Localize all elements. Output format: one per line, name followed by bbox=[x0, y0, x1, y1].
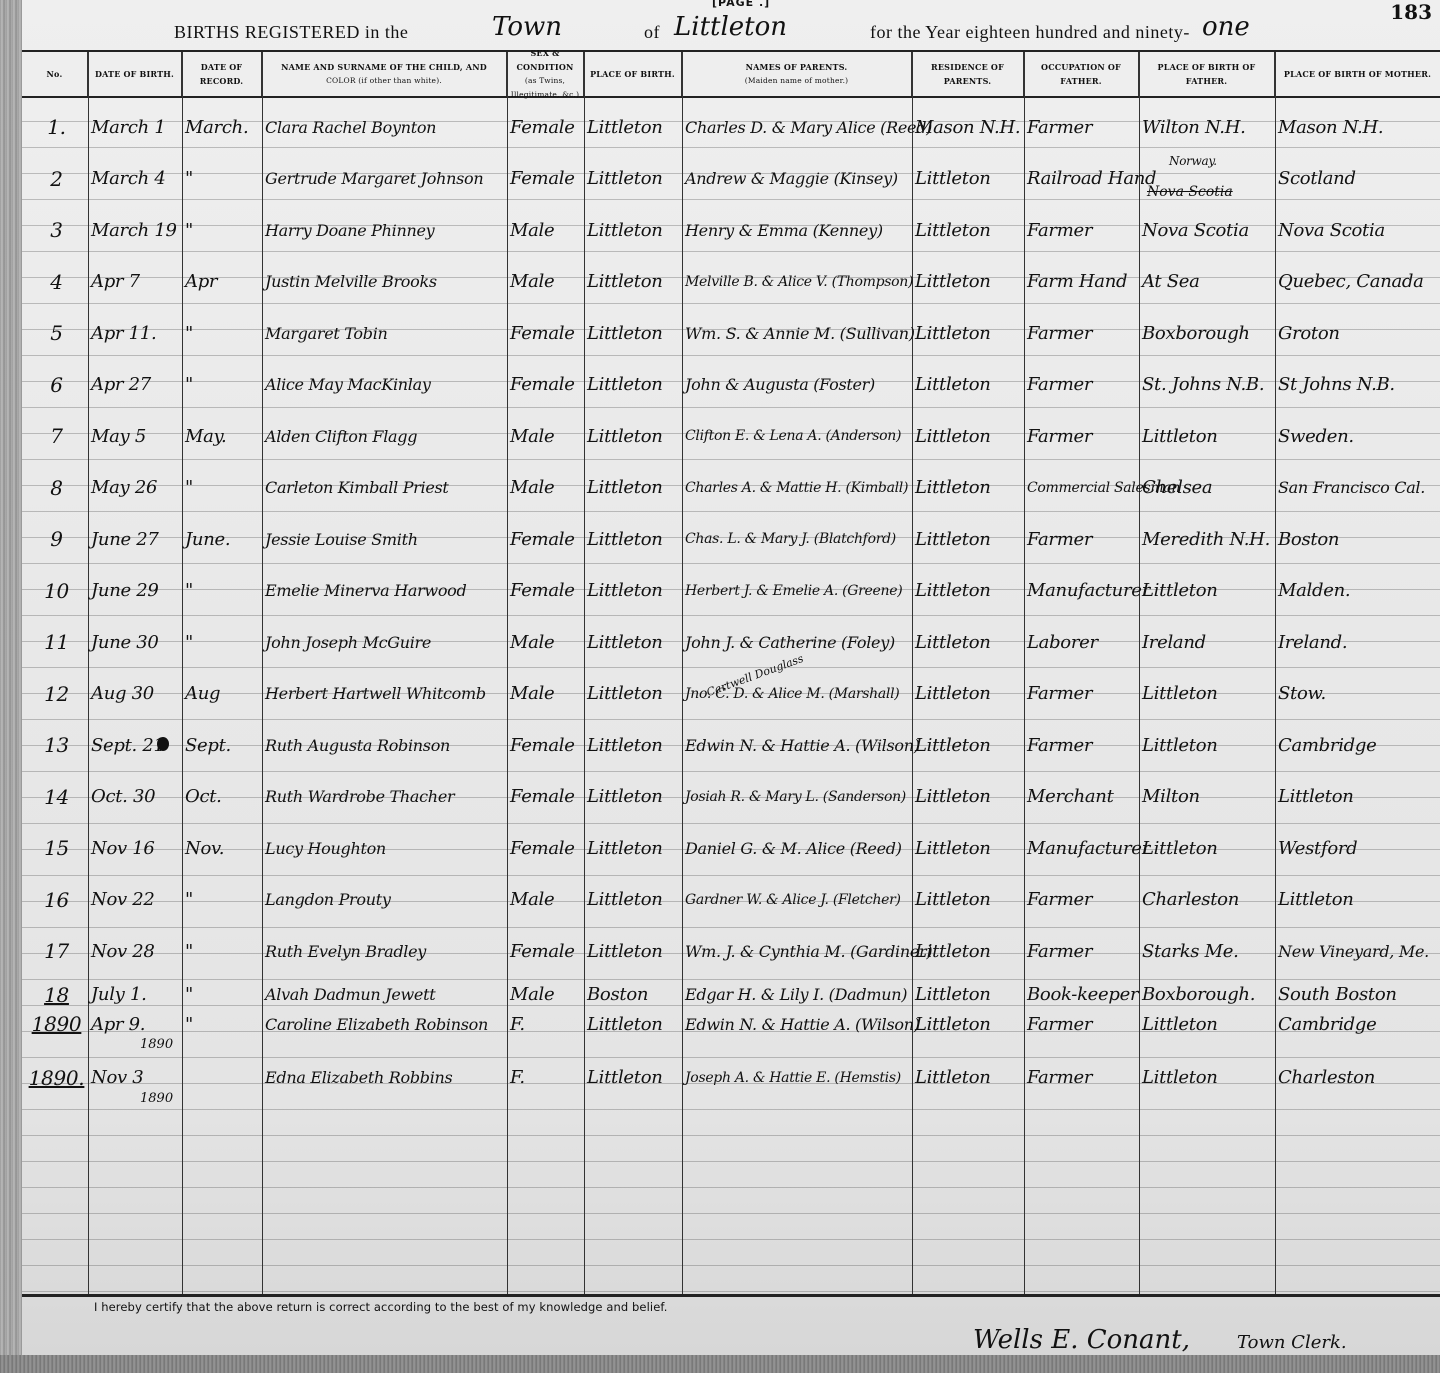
father-occupation: Farmer bbox=[1024, 999, 1139, 1049]
father-occupation: Laborer bbox=[1024, 617, 1139, 667]
date-of-record: " bbox=[182, 360, 262, 410]
child-name: Jessie Louise Smith bbox=[262, 514, 507, 564]
place-of-birth: Littleton bbox=[584, 205, 682, 255]
place-of-birth: Littleton bbox=[584, 463, 682, 513]
table-row: 14Oct. 30Oct.Ruth Wardrobe ThacherFemale… bbox=[22, 772, 1440, 822]
table-row: 6Apr 27"Alice May MacKinlayFemaleLittlet… bbox=[22, 360, 1440, 410]
place-of-birth: Littleton bbox=[584, 772, 682, 822]
parents-names: Daniel G. & M. Alice (Reed) bbox=[682, 823, 912, 873]
title-year-prefix: for the Year eighteen hundred and ninety… bbox=[870, 22, 1190, 43]
sex: Female bbox=[507, 823, 584, 873]
page-binding-edge bbox=[0, 0, 22, 1373]
father-occupation: Farmer bbox=[1024, 720, 1139, 770]
column-header-label: NAME AND SURNAME OF THE CHILD, AND bbox=[281, 60, 487, 74]
column-header-no: No. bbox=[22, 52, 88, 96]
place-of-birth: Littleton bbox=[584, 360, 682, 410]
column-header-date-of-birth: DATE OF BIRTH. bbox=[88, 52, 182, 96]
father-birthplace: Milton bbox=[1139, 772, 1275, 822]
parents-names: Melville B. & Alice V. (Thompson) bbox=[682, 257, 912, 307]
column-header-label: No. bbox=[47, 67, 63, 81]
date-of-record: March. bbox=[182, 102, 262, 152]
child-name: Harry Doane Phinney bbox=[262, 205, 507, 255]
date-of-birth: March 1 bbox=[88, 102, 182, 152]
clerk-title: Town Clerk. bbox=[1237, 1332, 1347, 1353]
sex: Male bbox=[507, 617, 584, 667]
child-name: Ruth Augusta Robinson bbox=[262, 720, 507, 770]
child-name: Carleton Kimball Priest bbox=[262, 463, 507, 513]
parents-residence: Littleton bbox=[912, 463, 1024, 513]
date-of-record: " bbox=[182, 154, 262, 204]
date-of-birth: May 5 bbox=[88, 411, 182, 461]
table-row: 1890Apr 9."Caroline Elizabeth RobinsonF.… bbox=[22, 999, 1440, 1049]
father-birthplace: Littleton bbox=[1139, 411, 1275, 461]
place-of-birth: Littleton bbox=[584, 823, 682, 873]
title-year-suffix: one bbox=[1202, 12, 1250, 42]
date-of-birth: June 27 bbox=[88, 514, 182, 564]
register-title: BIRTHS REGISTERED in the Town of Littlet… bbox=[22, 18, 1440, 48]
parents-residence: Littleton bbox=[912, 823, 1024, 873]
father-occupation: Farmer bbox=[1024, 102, 1139, 152]
sex: Female bbox=[507, 102, 584, 152]
table-row: 13Sept. 21Sept.Ruth Augusta RobinsonFema… bbox=[22, 720, 1440, 770]
date-of-record: Aug bbox=[182, 669, 262, 719]
father-birthplace: Littleton bbox=[1139, 566, 1275, 616]
entry-number: 2 bbox=[22, 154, 88, 204]
date-of-birth: Apr 11. bbox=[88, 308, 182, 358]
father-birthplace: Charleston bbox=[1139, 875, 1275, 925]
table-row: 4Apr 7AprJustin Melville BrooksMaleLittl… bbox=[22, 257, 1440, 307]
parents-residence: Littleton bbox=[912, 308, 1024, 358]
entry-number: 4 bbox=[22, 257, 88, 307]
mother-birthplace: Nova Scotia bbox=[1275, 205, 1440, 255]
entry-number: 15 bbox=[22, 823, 88, 873]
sex: Female bbox=[507, 514, 584, 564]
place-of-birth: Littleton bbox=[584, 720, 682, 770]
child-name: Margaret Tobin bbox=[262, 308, 507, 358]
sex: Male bbox=[507, 463, 584, 513]
mother-birthplace: Cambridge bbox=[1275, 720, 1440, 770]
table-row: 15Nov 16Nov.Lucy HoughtonFemaleLittleton… bbox=[22, 823, 1440, 873]
place-of-birth: Littleton bbox=[584, 514, 682, 564]
sex: Male bbox=[507, 411, 584, 461]
table-row: 1.March 1March.Clara Rachel BoyntonFemal… bbox=[22, 102, 1440, 152]
father-occupation: Manufacturer bbox=[1024, 823, 1139, 873]
father-birthplace: Wilton N.H. bbox=[1139, 102, 1275, 152]
column-header-child-name: NAME AND SURNAME OF THE CHILD, ANDCOLOR … bbox=[262, 52, 507, 96]
parents-residence: Littleton bbox=[912, 566, 1024, 616]
entry-number: 16 bbox=[22, 875, 88, 925]
parents-residence: Littleton bbox=[912, 875, 1024, 925]
father-birthplace: Littleton bbox=[1139, 1053, 1275, 1103]
sex: Female bbox=[507, 308, 584, 358]
mother-birthplace: Quebec, Canada bbox=[1275, 257, 1440, 307]
date-of-birth: March 19 bbox=[88, 205, 182, 255]
mother-birthplace: Sweden. bbox=[1275, 411, 1440, 461]
sex: Female bbox=[507, 720, 584, 770]
father-occupation: Farmer bbox=[1024, 514, 1139, 564]
sex: F. bbox=[507, 1053, 584, 1103]
sex: Male bbox=[507, 875, 584, 925]
child-name: Alden Clifton Flagg bbox=[262, 411, 507, 461]
mother-birthplace: Charleston bbox=[1275, 1053, 1440, 1103]
mother-birthplace: Ireland. bbox=[1275, 617, 1440, 667]
place-of-birth: Littleton bbox=[584, 308, 682, 358]
place-of-birth: Littleton bbox=[584, 999, 682, 1049]
place-of-birth: Littleton bbox=[584, 566, 682, 616]
entry-number: 1. bbox=[22, 102, 88, 152]
father-occupation: Farmer bbox=[1024, 308, 1139, 358]
child-name: Gertrude Margaret Johnson bbox=[262, 154, 507, 204]
mother-birthplace: Malden. bbox=[1275, 566, 1440, 616]
parents-names: Henry & Emma (Kenney) bbox=[682, 205, 912, 255]
parents-residence: Littleton bbox=[912, 205, 1024, 255]
entry-number: 1890 bbox=[22, 999, 88, 1049]
parents-residence: Littleton bbox=[912, 514, 1024, 564]
column-header-residence: RESIDENCE OF PARENTS. bbox=[912, 52, 1024, 96]
column-header-label: OCCUPATION OF FATHER. bbox=[1026, 60, 1136, 88]
child-name: John Joseph McGuire bbox=[262, 617, 507, 667]
entry-number: 8 bbox=[22, 463, 88, 513]
entry-number: 10 bbox=[22, 566, 88, 616]
column-header-parents: NAMES OF PARENTS.(Maiden name of mother.… bbox=[682, 52, 912, 96]
entry-number: 14 bbox=[22, 772, 88, 822]
parents-names: Charles D. & Mary Alice (Reed) bbox=[682, 102, 912, 152]
column-header-label: SEX & CONDITION bbox=[509, 46, 581, 74]
entry-number: 3 bbox=[22, 205, 88, 255]
bottom-rule bbox=[22, 1294, 1440, 1297]
sex: Male bbox=[507, 257, 584, 307]
column-header-mother-birthplace: PLACE OF BIRTH OF MOTHER. bbox=[1275, 52, 1440, 96]
table-row: 11June 30"John Joseph McGuireMaleLittlet… bbox=[22, 617, 1440, 667]
child-name: Clara Rachel Boynton bbox=[262, 102, 507, 152]
mother-birthplace: St Johns N.B. bbox=[1275, 360, 1440, 410]
municipality-type: Town bbox=[492, 12, 562, 42]
date-of-birth: Oct. 30 bbox=[88, 772, 182, 822]
table-row: 5Apr 11."Margaret TobinFemaleLittletonWm… bbox=[22, 308, 1440, 358]
child-name: Emelie Minerva Harwood bbox=[262, 566, 507, 616]
date-of-record: June. bbox=[182, 514, 262, 564]
column-header-place-of-birth: PLACE OF BIRTH. bbox=[584, 52, 682, 96]
parents-residence: Littleton bbox=[912, 772, 1024, 822]
date-of-birth: Aug 30 bbox=[88, 669, 182, 719]
child-name: Lucy Houghton bbox=[262, 823, 507, 873]
mother-birthplace: Groton bbox=[1275, 308, 1440, 358]
place-of-birth: Littleton bbox=[584, 617, 682, 667]
parents-names: Edwin N. & Hattie A. (Wilson) bbox=[682, 999, 912, 1049]
entry-number: 7 bbox=[22, 411, 88, 461]
date-of-record: " bbox=[182, 875, 262, 925]
father-occupation: Farmer bbox=[1024, 205, 1139, 255]
father-birthplace: Littleton bbox=[1139, 823, 1275, 873]
father-occupation: Merchant bbox=[1024, 772, 1139, 822]
column-header-label: PLACE OF BIRTH OF FATHER. bbox=[1141, 60, 1272, 88]
father-occupation: Farm Hand bbox=[1024, 257, 1139, 307]
mother-birthplace: Littleton bbox=[1275, 772, 1440, 822]
date-of-birth: Nov 22 bbox=[88, 875, 182, 925]
entry-number: 5 bbox=[22, 308, 88, 358]
parents-residence: Littleton bbox=[912, 999, 1024, 1049]
date-of-birth: June 29 bbox=[88, 566, 182, 616]
table-row: 10June 29"Emelie Minerva HarwoodFemaleLi… bbox=[22, 566, 1440, 616]
father-occupation: Railroad Hand bbox=[1024, 154, 1139, 204]
place-of-birth: Littleton bbox=[584, 102, 682, 152]
column-header-sex-condition: SEX & CONDITION(as Twins, Illegitimate, … bbox=[507, 52, 584, 96]
page-label: [PAGE .] bbox=[712, 0, 770, 9]
father-birthplace: Starks Me. bbox=[1139, 926, 1275, 976]
struck-out-entry: Nova Scotia bbox=[1147, 184, 1233, 200]
entry-number: 13 bbox=[22, 720, 88, 770]
column-header-label: DATE OF BIRTH. bbox=[95, 67, 174, 81]
father-birthplace: Littleton bbox=[1139, 720, 1275, 770]
title-prefix: BIRTHS REGISTERED in the bbox=[174, 22, 408, 43]
parents-residence: Littleton bbox=[912, 617, 1024, 667]
father-birthplace: Ireland bbox=[1139, 617, 1275, 667]
date-of-birth: Nov 28 bbox=[88, 926, 182, 976]
child-name: Herbert Hartwell Whitcomb bbox=[262, 669, 507, 719]
table-row: 9June 27June.Jessie Louise SmithFemaleLi… bbox=[22, 514, 1440, 564]
mother-birthplace: Westford bbox=[1275, 823, 1440, 873]
date-of-record: " bbox=[182, 926, 262, 976]
sex: Female bbox=[507, 154, 584, 204]
mother-birthplace: Littleton bbox=[1275, 875, 1440, 925]
mother-birthplace: Scotland bbox=[1275, 154, 1440, 204]
parents-residence: Littleton bbox=[912, 411, 1024, 461]
parents-residence: Littleton bbox=[912, 926, 1024, 976]
father-birthplace: Chelsea bbox=[1139, 463, 1275, 513]
entry-number: 9 bbox=[22, 514, 88, 564]
column-header-label: NAMES OF PARENTS. bbox=[745, 60, 849, 74]
date-of-birth: March 4 bbox=[88, 154, 182, 204]
child-name: Edna Elizabeth Robbins bbox=[262, 1053, 507, 1103]
sex: Female bbox=[507, 772, 584, 822]
date-of-record: Sept. bbox=[182, 720, 262, 770]
father-birthplace: Boxborough bbox=[1139, 308, 1275, 358]
page-bottom-edge bbox=[0, 1355, 1440, 1373]
entry-number: 6 bbox=[22, 360, 88, 410]
father-occupation: Farmer bbox=[1024, 411, 1139, 461]
ink-blot bbox=[157, 737, 169, 751]
child-name: Ruth Wardrobe Thacher bbox=[262, 772, 507, 822]
certification-statement: I hereby certify that the above return i… bbox=[94, 1300, 667, 1314]
mother-birthplace: Cambridge bbox=[1275, 999, 1440, 1049]
column-headers: No.DATE OF BIRTH.DATE OF RECORD.NAME AND… bbox=[22, 52, 1440, 98]
date-of-record: " bbox=[182, 308, 262, 358]
column-header-occupation: OCCUPATION OF FATHER. bbox=[1024, 52, 1139, 96]
title-of: of bbox=[644, 22, 660, 43]
date-of-record: " bbox=[182, 999, 262, 1049]
date-of-birth: Nov 16 bbox=[88, 823, 182, 873]
date-of-record bbox=[182, 1053, 262, 1103]
parents-names: Wm. S. & Annie M. (Sullivan) bbox=[682, 308, 912, 358]
table-row: 2March 4"Gertrude Margaret JohnsonFemale… bbox=[22, 154, 1440, 204]
father-birthplace: At Sea bbox=[1139, 257, 1275, 307]
sex: F. bbox=[507, 999, 584, 1049]
date-of-record: " bbox=[182, 463, 262, 513]
place-of-birth: Littleton bbox=[584, 926, 682, 976]
date-of-birth: Apr 7 bbox=[88, 257, 182, 307]
parents-names: Josiah R. & Mary L. (Sanderson) bbox=[682, 772, 912, 822]
father-occupation: Farmer bbox=[1024, 875, 1139, 925]
date-of-birth: May 26 bbox=[88, 463, 182, 513]
column-header-date-of-record: DATE OF RECORD. bbox=[182, 52, 262, 96]
father-occupation: Farmer bbox=[1024, 360, 1139, 410]
entry-number: 12 bbox=[22, 669, 88, 719]
father-birthplace: Nova Scotia bbox=[1139, 205, 1275, 255]
table-row: 8May 26"Carleton Kimball PriestMaleLittl… bbox=[22, 463, 1440, 513]
date-of-birth: Apr 27 bbox=[88, 360, 182, 410]
place-of-birth: Littleton bbox=[584, 875, 682, 925]
parents-residence: Littleton bbox=[912, 720, 1024, 770]
table-row: 3March 19"Harry Doane PhinneyMaleLittlet… bbox=[22, 205, 1440, 255]
father-birthplace: Meredith N.H. bbox=[1139, 514, 1275, 564]
entry-number: 17 bbox=[22, 926, 88, 976]
father-birthplace: Littleton bbox=[1139, 669, 1275, 719]
date-of-record: " bbox=[182, 566, 262, 616]
father-occupation: Manufacturer bbox=[1024, 566, 1139, 616]
parents-names: Chas. L. & Mary J. (Blatchford) bbox=[682, 514, 912, 564]
sex: Female bbox=[507, 360, 584, 410]
parents-names: Andrew & Maggie (Kinsey) bbox=[682, 154, 912, 204]
child-name: Caroline Elizabeth Robinson bbox=[262, 999, 507, 1049]
parents-residence: Littleton bbox=[912, 669, 1024, 719]
father-occupation: Commercial Salesman bbox=[1024, 463, 1139, 513]
parents-residence: Mason N.H. bbox=[912, 102, 1024, 152]
table-row: 7May 5May.Alden Clifton FlaggMaleLittlet… bbox=[22, 411, 1440, 461]
sex: Female bbox=[507, 566, 584, 616]
place-of-birth: Littleton bbox=[584, 1053, 682, 1103]
column-header-label: DATE OF RECORD. bbox=[184, 60, 259, 88]
date-of-record: May. bbox=[182, 411, 262, 461]
town-name: Littleton bbox=[674, 12, 787, 42]
mother-birthplace: Boston bbox=[1275, 514, 1440, 564]
parents-names: John & Augusta (Foster) bbox=[682, 360, 912, 410]
father-birthplace: St. Johns N.B. bbox=[1139, 360, 1275, 410]
place-of-birth: Littleton bbox=[584, 154, 682, 204]
mother-birthplace: Stow. bbox=[1275, 669, 1440, 719]
parents-names: Charles A. & Mattie H. (Kimball) bbox=[682, 463, 912, 513]
parents-names: Herbert J. & Emelie A. (Greene) bbox=[682, 566, 912, 616]
place-of-birth: Littleton bbox=[584, 411, 682, 461]
sex: Female bbox=[507, 926, 584, 976]
date-of-birth: June 30 bbox=[88, 617, 182, 667]
place-of-birth: Littleton bbox=[584, 257, 682, 307]
register-page: [PAGE .] 183 BIRTHS REGISTERED in the To… bbox=[22, 0, 1440, 1373]
date-of-record: Apr bbox=[182, 257, 262, 307]
clerk-signature: Wells E. Conant, bbox=[967, 1325, 1196, 1356]
birth-year-annotation: 1890 bbox=[140, 1037, 173, 1052]
parents-residence: Littleton bbox=[912, 1053, 1024, 1103]
parents-names: Wm. J. & Cynthia M. (Gardiner) bbox=[682, 926, 912, 976]
date-of-record: Oct. bbox=[182, 772, 262, 822]
column-header-sublabel: COLOR (if other than white). bbox=[281, 74, 487, 88]
place-of-birth: Littleton bbox=[584, 669, 682, 719]
table-row: 12Aug 30AugHerbert Hartwell WhitcombMale… bbox=[22, 669, 1440, 719]
column-header-label: RESIDENCE OF PARENTS. bbox=[914, 60, 1021, 88]
parents-names: Edwin N. & Hattie A. (Wilson) bbox=[682, 720, 912, 770]
parents-residence: Littleton bbox=[912, 154, 1024, 204]
child-name: Justin Melville Brooks bbox=[262, 257, 507, 307]
date-of-record: " bbox=[182, 205, 262, 255]
birth-year-annotation: 1890 bbox=[140, 1091, 173, 1106]
sex: Male bbox=[507, 205, 584, 255]
column-header-label: PLACE OF BIRTH OF MOTHER. bbox=[1284, 67, 1431, 81]
child-name: Ruth Evelyn Bradley bbox=[262, 926, 507, 976]
column-header-label: PLACE OF BIRTH. bbox=[590, 67, 675, 81]
parents-names: Joseph A. & Hattie E. (Hemstis) bbox=[682, 1053, 912, 1103]
parents-residence: Littleton bbox=[912, 360, 1024, 410]
mother-birthplace: Mason N.H. bbox=[1275, 102, 1440, 152]
table-row: 16Nov 22"Langdon ProutyMaleLittletonGard… bbox=[22, 875, 1440, 925]
date-of-record: Nov. bbox=[182, 823, 262, 873]
child-name: Alice May MacKinlay bbox=[262, 360, 507, 410]
mother-birthplace: New Vineyard, Me. bbox=[1275, 926, 1440, 976]
father-occupation: Farmer bbox=[1024, 669, 1139, 719]
sex: Male bbox=[507, 669, 584, 719]
father-occupation: Farmer bbox=[1024, 926, 1139, 976]
mother-birthplace: San Francisco Cal. bbox=[1275, 463, 1440, 513]
parents-names: Gardner W. & Alice J. (Fletcher) bbox=[682, 875, 912, 925]
father-birthplace: Littleton bbox=[1139, 999, 1275, 1049]
date-of-record: " bbox=[182, 617, 262, 667]
father-occupation: Farmer bbox=[1024, 1053, 1139, 1103]
entry-number: 11 bbox=[22, 617, 88, 667]
column-header-sublabel: (Maiden name of mother.) bbox=[745, 74, 849, 88]
table-row: 17Nov 28"Ruth Evelyn BradleyFemaleLittle… bbox=[22, 926, 1440, 976]
table-row: 1890.Nov 3Edna Elizabeth RobbinsF.Little… bbox=[22, 1053, 1440, 1103]
parents-residence: Littleton bbox=[912, 257, 1024, 307]
column-header-father-birthplace: PLACE OF BIRTH OF FATHER. bbox=[1139, 52, 1275, 96]
child-name: Langdon Prouty bbox=[262, 875, 507, 925]
parents-names: Clifton E. & Lena A. (Anderson) bbox=[682, 411, 912, 461]
entry-number: 1890. bbox=[22, 1053, 88, 1103]
